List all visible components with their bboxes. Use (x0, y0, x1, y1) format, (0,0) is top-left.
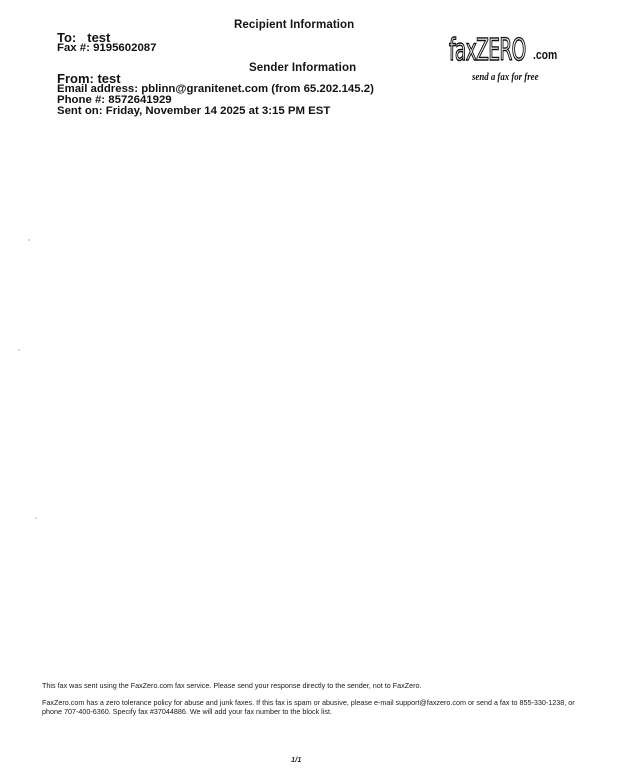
sender-information-heading: Sender Information (249, 62, 356, 74)
scan-speck (28, 239, 30, 241)
page-number: 1/1 (291, 755, 301, 764)
sent-value: Friday, November 14 2025 at 3:15 PM EST (106, 105, 331, 117)
footer-notice: This fax was sent using the FaxZero.com … (42, 682, 582, 691)
recipient-information-heading: Recipient Information (234, 19, 354, 31)
fax-cover-page: Recipient Information To:test Fax #: 919… (0, 0, 635, 781)
logo-wordmark: faxZERO (449, 36, 526, 66)
fax-number-line: Fax #: 9195602087 (57, 43, 156, 54)
footer-policy: FaxZero.com has a zero tolerance policy … (42, 699, 582, 716)
fax-value: 9195602087 (93, 42, 156, 54)
scan-speck (35, 517, 37, 519)
fax-label: Fax #: (57, 42, 90, 54)
email-value: pblinn@granitenet.com (from 65.202.145.2… (141, 83, 374, 95)
logo-tld: .com (533, 47, 557, 62)
faxzero-logo: faxZERO .com send a fax for free (449, 36, 574, 88)
scan-speck (18, 349, 20, 351)
sent-on-line: Sent on: Friday, November 14 2025 at 3:1… (57, 106, 330, 117)
logo-tagline: send a fax for free (472, 72, 538, 83)
sent-label: Sent on: (57, 105, 103, 117)
